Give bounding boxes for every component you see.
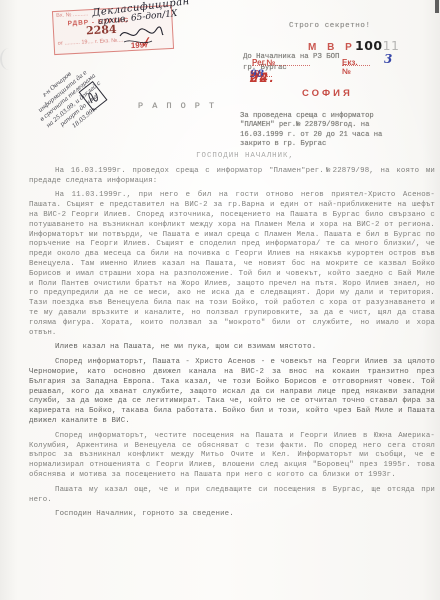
report-title: Р А П О Р Т (138, 101, 216, 111)
mvr-registration-stamp: М В Р Рег.№ Екз.№ 3 22 04. 1998 год. СОФ… (250, 42, 428, 106)
signature-squiggle (118, 22, 164, 48)
subject-line: За проведена среща с информатор (240, 112, 430, 121)
subject-block: За проведена среща с информатор "ПЛАМЕН"… (240, 112, 430, 150)
classification-label: Строго секретно! (289, 22, 371, 30)
entry-stamp-vh-label: Вх. № .......... (56, 11, 88, 19)
body-paragraph: Според информаторът, Пашата - Христо Асе… (29, 358, 435, 427)
mvr-stamp-org: М В Р (308, 42, 356, 53)
mvr-stamp-city: СОФИЯ (302, 88, 353, 99)
mvr-stamp-ekz-value: 3 (384, 52, 392, 66)
subject-line: закрито в гр. Бургас (240, 140, 430, 149)
closing-line: Господин Началник, горното за сведение. (29, 510, 435, 520)
body-paragraph: На 11.03.1999г., при него е бил на гости… (29, 191, 435, 338)
body-paragraph: Илиев казал на Пашата, не ми пука, щом с… (29, 343, 435, 353)
scan-corner-mark (435, 0, 439, 13)
body-paragraph: На 16.03.1999г. проведох среща с информа… (29, 167, 435, 187)
subject-line: "ПЛАМЕН" рег.№ 22879/98год. на (240, 121, 430, 130)
marginal-handwriting: г-н Овчаров информацията да е в срочната… (2, 48, 152, 158)
body-paragraph: Пашата му казал още, че и при следващите… (29, 486, 435, 506)
body-paragraph: Според информаторът, честите посещения н… (29, 432, 435, 481)
subject-line: 16.03.1999 г. от 20 до 21 часа на (240, 131, 430, 140)
scanned-report-page: Строго секретно! 10011 До Началника на Р… (0, 0, 440, 600)
report-body: ГОСПОДИН НАЧАЛНИК, На 16.03.1999г. прове… (29, 152, 435, 525)
salutation: ГОСПОДИН НАЧАЛНИК, (29, 152, 435, 162)
